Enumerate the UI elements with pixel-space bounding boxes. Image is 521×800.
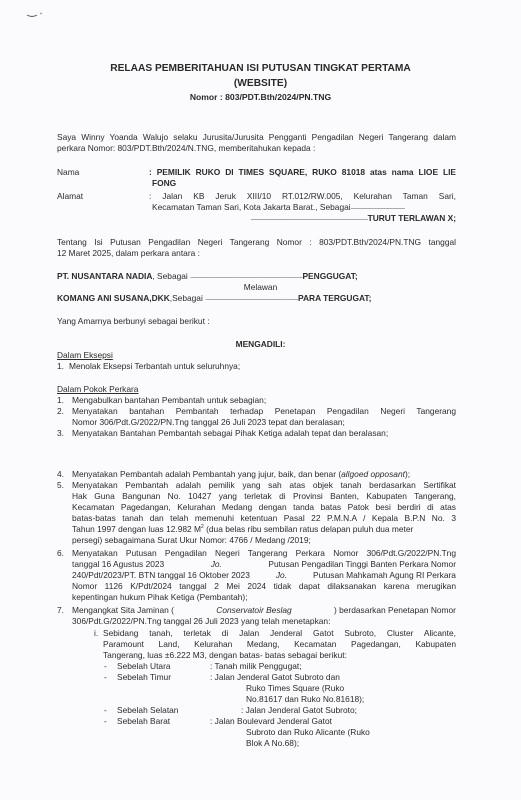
name-value-cont: FONG [152,178,176,189]
dash-filler: ----------------------------------------… [205,297,298,303]
item-6-date: tanggal 16 Agustus 2023 [72,559,164,570]
sub-item-line-1: Sebidang tanah, terletak di Jalan Jender… [103,628,456,639]
boundary-north-value: : Tanah milik Penggugat; [210,661,302,672]
item-4-text-a: Menyatakan Pembantah adalah Pembantah ya… [72,469,341,479]
eksepsi-item-text: Menolak Eksepsi Terbantah untuk seluruhn… [69,361,240,372]
defendant-role: PARA TERGUGAT; [298,293,371,303]
item-5-num: 5. [57,480,64,491]
mengadili-heading: MENGADILI: [0,339,521,350]
document-page: RELAAS PEMBERITAHUAN ISI PUTUSAN TINGKAT… [0,0,521,800]
bullet: - [104,672,107,683]
item-7-num: 7. [57,605,64,616]
item-6-pt-number: 240/Pdt/2023/PT. BTN tanggal 16 Oktober … [72,570,250,581]
sebagai-text: , Sebagai [152,271,190,281]
amar-intro: Yang Amarnya berbunyi sebagai berikut : [57,316,210,327]
boundary-west-value-3: Blok A No.68); [246,738,299,749]
item-4-num: 4. [57,469,64,480]
address-label: Alamat [57,191,83,202]
item-3-num: 3. [57,428,64,439]
item-5-line-3: Kecamatan Pagedangan, Kelurahan Medang d… [72,502,456,513]
item-6-line-5: kepentingan hukum Pihak Ketiga (Pembanta… [72,592,248,603]
item-5-line-4: batas-batas tanah dan telah memenuhi ket… [72,513,456,524]
jo-text: Jo. [276,570,287,581]
defendant-line: KOMANG ANI SUSANA,DKK,Sebagai ----------… [57,293,456,306]
sub-item-line-3: Tangerang, luas ±6.222 M3, dengan batas-… [103,650,347,661]
boundary-east-value-2: Ruko Times Square (Ruko [246,683,344,694]
item-5-line-1: Menyatakan Pembantah adalah pemilik yang… [72,480,456,491]
item-6-line-3: 240/Pdt/2023/PT. BTN tanggal 16 Oktober … [72,570,456,581]
item-6-num: 6. [57,548,64,559]
item-6-line-2: tanggal 16 Agustus 2023Jo.Putusan Pengad… [72,559,456,570]
about-line-1: Tentang Isi Putusan Pengadilan Negeri Ta… [57,237,456,248]
address-text: Kecamatan Taman Sari, Kota Jakarta Barat… [152,202,351,212]
boundary-east-value-1: : Jalan Jenderal Gatot Subroto dan [210,672,340,683]
document-title: RELAAS PEMBERITAHUAN ISI PUTUSAN TINGKAT… [0,63,521,74]
about-line-2: 12 Maret 2025, dalam perkara antara : [57,248,200,259]
plaintiff-name: PT. NUSANTARA NADIA [57,271,152,281]
boundary-east-value-3: No.81617 dan Ruko No.81618); [246,694,364,705]
plaintiff-role: PENGGUGAT; [302,271,357,281]
bullet: - [104,705,107,716]
item-7-text-b: ) berdasarkan Penetapan Nomor [334,605,456,616]
bullet: - [104,716,107,727]
item-7-line-2: 306/Pdt.G/2022/PN.Tng tanggal 26 Juli 20… [72,616,330,627]
item-1-text: Mengabulkan bantahan Pembantah untuk seb… [72,395,266,406]
item-4-latin-term: allgoed opposant [341,469,405,479]
pokok-perkara-heading: Dalam Pokok Perkara [57,384,138,395]
intro-line-2: perkara Nomor: 803/PDT.Bth/2024/N.TNG, m… [57,143,315,154]
item-5-line-5: Tahun 1997 dengan luas 12.982 M2 (dua be… [72,524,456,535]
document-number: Nomor : 803/PDT.Bth/2024/PN.TNG [0,92,521,102]
eksepsi-heading: Dalam Eksepsi [57,350,113,361]
document-subtitle: (WEBSITE) [0,78,521,89]
bullet: - [104,661,107,672]
item-6-pt: Putusan Pengadilan Tinggi Banten Perkara… [268,559,456,570]
item-2-line-1: Menyatakan bantahan Pembantah terhadap P… [72,406,456,417]
item-7-line-1: Mengangkat Sita Jaminan (Conservatoir Be… [72,605,456,616]
intro-line-1: Saya Winny Yoanda Walujo selaku Jurusita… [57,132,456,143]
eksepsi-item-num: 1. [57,361,64,372]
dash-filler: ----------------------------------------… [190,275,302,281]
item-6-ma: Putusan Mahkamah Agung RI Perkara [313,570,456,581]
item-2-num: 2. [57,406,64,417]
item-2-line-2: Nomor 306/Pdt.G/2022/PN.Tng tanggal 26 J… [72,417,345,428]
sub-item-line-2: Paramount Land, Kelurahan Medang, Kecama… [103,639,456,650]
item-5-line-2: Hak Guna Bangunan No. 10427 yang terleta… [72,491,456,502]
recipient-role: TURUT TERLAWAN X; [368,213,456,223]
boundary-west-label: Sebelah Barat [117,716,170,727]
item-5-area: Tahun 1997 dengan luas 12.982 M [72,524,201,534]
pen-mark [26,12,44,18]
name-value: : PEMILIK RUKO DI TIMES SQUARE, RUKO 810… [149,167,456,178]
boundary-west-value-2: Subroto dan Ruko Alicante (Ruko [246,727,370,738]
sebagai-text: ,Sebagai [170,293,205,303]
boundary-west-value-1: : Jalan Boulevard Jenderal Gatot [210,716,332,727]
sub-item-num: i. [94,628,98,639]
item-3-text: Menyatakan Bantahan Pembantah sebagai Pi… [72,428,388,439]
boundary-south-value: : Jalan Jenderal Gatot Subroto; [241,705,357,716]
item-6-line-1: Menyatakan Putusan Pengadilan Negeri Tan… [72,548,456,559]
address-value: : Jalan KB Jeruk XIII/10 RT.012/RW.005, … [149,191,456,202]
item-7-latin-term: Conservatoir Beslag [216,605,291,616]
versus-text: Melawan [0,282,521,293]
item-5-line-6: persegi) sebagaimana Surat Ukur Nomor: 4… [72,535,311,546]
dash-filler: ------------------------------------ [351,206,405,212]
item-1-num: 1. [57,395,64,406]
item-7-text-a: Mengangkat Sita Jaminan ( [72,605,174,616]
item-5-area-words: (dua belas ribu sembilan ratus delapan p… [204,524,414,534]
recipient-role-line: ----------------------------------------… [152,213,456,226]
jo-text: Jo. [211,559,222,570]
item-4-text-b: ); [405,469,410,479]
boundary-south-label: Sebelah Selatan [117,705,178,716]
item-4-text: Menyatakan Pembantah adalah Pembantah ya… [72,469,410,480]
defendant-name: KOMANG ANI SUSANA,DKK [57,293,170,303]
name-label: Nama [57,167,79,178]
item-6-line-4: Nomor 1126 K/Pdt/2024 tanggal 2 Mei 2024… [72,581,456,592]
dash-filler: ----------------------------------------… [251,217,368,223]
boundary-east-label: Sebelah Timur [117,672,171,683]
boundary-north-label: Sebelah Utara [117,661,171,672]
